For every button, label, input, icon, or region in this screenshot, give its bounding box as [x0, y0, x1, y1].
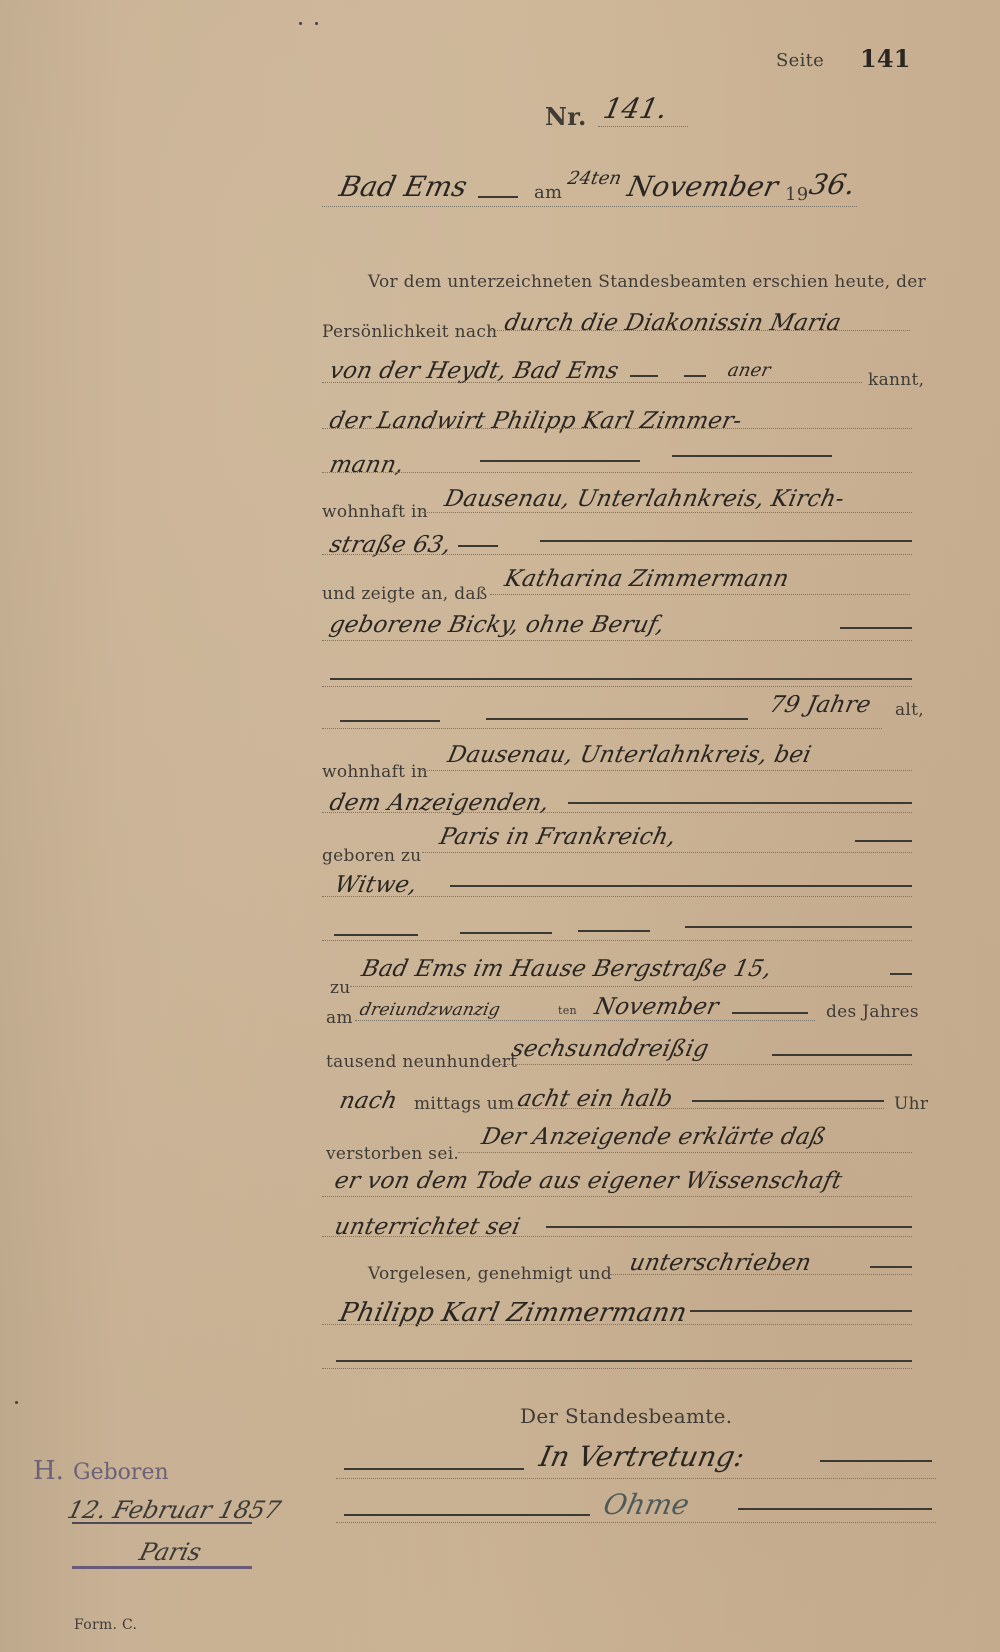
- year-prefix: 19: [785, 184, 809, 205]
- intro-line: Vor dem unterzeichneten Standesbeamten e…: [368, 272, 926, 292]
- declaration-line-2: er von dem Tode aus eigener Wissenschaft: [332, 1168, 844, 1194]
- age-value: 79 Jahre: [767, 692, 873, 718]
- official-signature: Ohme: [600, 1488, 692, 1521]
- dash-rule: [890, 973, 912, 975]
- dotline: [322, 1236, 912, 1237]
- dash-rule: [732, 1012, 808, 1014]
- underline: [72, 1522, 252, 1524]
- month-value: November: [624, 170, 781, 203]
- death-place: Bad Ems im Hause Bergstraße 15,: [359, 956, 774, 982]
- dash-rule: [870, 1266, 912, 1268]
- am-label-2: am: [326, 1008, 353, 1028]
- dash-rule: [340, 720, 440, 722]
- dotline: [322, 640, 912, 641]
- identifier-line-1: von der Heydt, Bad Ems: [327, 358, 621, 384]
- stamp-label: Geboren: [73, 1460, 169, 1485]
- dash-rule: [344, 1514, 590, 1516]
- dotline: [500, 1064, 912, 1065]
- wohnhaft-label: wohnhaft in: [322, 502, 428, 522]
- dotline: [322, 812, 912, 813]
- zu-label: zu: [330, 978, 351, 998]
- dotline: [350, 986, 912, 987]
- dash-rule: [840, 627, 912, 629]
- dotline: [336, 1478, 936, 1479]
- des-jahres-label: des Jahres: [826, 1002, 919, 1022]
- dash-rule: [486, 718, 748, 720]
- dotline: [355, 1020, 815, 1021]
- form-label: Form. C.: [74, 1617, 137, 1633]
- blank-rule: [330, 678, 912, 680]
- dash-rule: [685, 926, 912, 928]
- dash-rule: [672, 455, 832, 457]
- wohnhaft2-value: Dausenau, Unterlahnkreis, bei: [445, 742, 813, 768]
- born-value: Paris in Frankreich,: [437, 824, 678, 850]
- dash-rule: [684, 375, 706, 377]
- ten-label: ten: [558, 1004, 577, 1017]
- dash-rule: [458, 545, 498, 547]
- speck: [315, 22, 318, 25]
- place-date-dotline: [322, 206, 857, 207]
- dotline: [458, 1152, 912, 1153]
- dash-rule: [630, 375, 658, 377]
- am-label: am: [534, 182, 562, 203]
- dotline: [490, 330, 910, 331]
- declaration-line-1: Der Anzeigende erklärte daß: [479, 1124, 828, 1150]
- dash-rule: [690, 1310, 912, 1312]
- speck: [299, 22, 302, 25]
- official-title: Der Standesbeamte.: [520, 1404, 732, 1428]
- dotline: [336, 1522, 936, 1523]
- page-number: 141: [860, 44, 911, 73]
- kannt-suffix: kannt,: [868, 370, 924, 390]
- place-value: Bad Ems: [336, 170, 470, 203]
- deceased-name-2: geborene Bicky, ohne Beruf,: [327, 612, 667, 638]
- dotline: [500, 1108, 884, 1109]
- death-month: November: [592, 994, 721, 1020]
- in-vertretung: In Vertretung:: [536, 1440, 747, 1473]
- dotline: [422, 852, 912, 853]
- dotline: [490, 594, 910, 595]
- dash-rule: [540, 540, 912, 542]
- dotline: [322, 428, 912, 429]
- dotline: [422, 512, 912, 513]
- nr-dotline: [598, 126, 688, 127]
- mittags-label: mittags um: [414, 1094, 514, 1114]
- anerkannt-prefix: aner: [726, 360, 773, 381]
- dotline: [322, 382, 862, 383]
- dash-rule: [546, 1226, 912, 1228]
- dotline: [322, 1324, 912, 1325]
- death-day: dreiundzwanzig: [358, 1000, 502, 1020]
- dash-rule: [480, 460, 640, 462]
- nr-label: Nr.: [545, 102, 587, 131]
- declarant-line-2: mann,: [327, 452, 406, 478]
- deceased-name: Katharina Zimmermann: [502, 566, 791, 592]
- dash-rule: [334, 934, 418, 936]
- uhr-label: Uhr: [894, 1094, 928, 1114]
- dash-rule: [855, 840, 912, 842]
- verstorben-label: verstorben sei.: [326, 1144, 459, 1164]
- zeigte-label: und zeigte an, daß: [322, 584, 487, 604]
- speck: [15, 1401, 18, 1404]
- dash-rule: [568, 802, 912, 804]
- dash-rule: [772, 1054, 912, 1056]
- wohnhaft-value: Dausenau, Unterlahnkreis, Kirch-: [442, 486, 846, 512]
- page-label: Seite: [776, 50, 824, 71]
- dotline: [322, 896, 912, 897]
- wohnhaft2-label: wohnhaft in: [322, 762, 428, 782]
- dotline: [322, 728, 882, 729]
- dash-rule: [344, 1468, 524, 1470]
- margin-birth-place: Paris: [137, 1538, 205, 1566]
- dotline: [322, 1368, 912, 1369]
- nr-value: 141.: [600, 92, 670, 125]
- stamp-letter: H.: [33, 1456, 64, 1486]
- dash-rule: [450, 885, 912, 887]
- margin-birth-date: 12. Februar 1857: [65, 1496, 284, 1524]
- born-label: geboren zu: [322, 846, 422, 866]
- vorgelesen-value: unterschrieben: [627, 1250, 813, 1276]
- underline: [72, 1566, 252, 1569]
- day-value: 24ten: [566, 168, 624, 189]
- vorgelesen-label: Vorgelesen, genehmigt und: [368, 1264, 612, 1284]
- status-value: Witwe,: [332, 872, 419, 898]
- declarant-line-1: der Landwirt Philipp Karl Zimmer-: [327, 408, 744, 434]
- dotline: [322, 940, 912, 941]
- dotline: [422, 770, 912, 771]
- dash-rule: [578, 930, 650, 932]
- blank-rule: [336, 1360, 912, 1362]
- year-suffix: 36.: [806, 168, 858, 201]
- dash-rule: [478, 196, 518, 198]
- dotline: [322, 554, 912, 555]
- dotline: [322, 1196, 912, 1197]
- dash-rule: [460, 932, 552, 934]
- dash-rule: [692, 1100, 884, 1102]
- dash-rule: [820, 1460, 932, 1462]
- dotline: [610, 1274, 912, 1275]
- tausend-label: tausend neunhundert: [326, 1052, 517, 1072]
- nach-value: nach: [337, 1088, 400, 1114]
- personality-value: durch die Diakonissin Maria: [502, 310, 843, 336]
- death-year-words: sechsunddreißig: [509, 1036, 711, 1062]
- personality-label: Persönlichkeit nach: [322, 322, 497, 342]
- dotline: [322, 686, 912, 687]
- dash-rule: [738, 1508, 932, 1510]
- dotline: [322, 472, 912, 473]
- age-suffix: alt,: [895, 700, 924, 720]
